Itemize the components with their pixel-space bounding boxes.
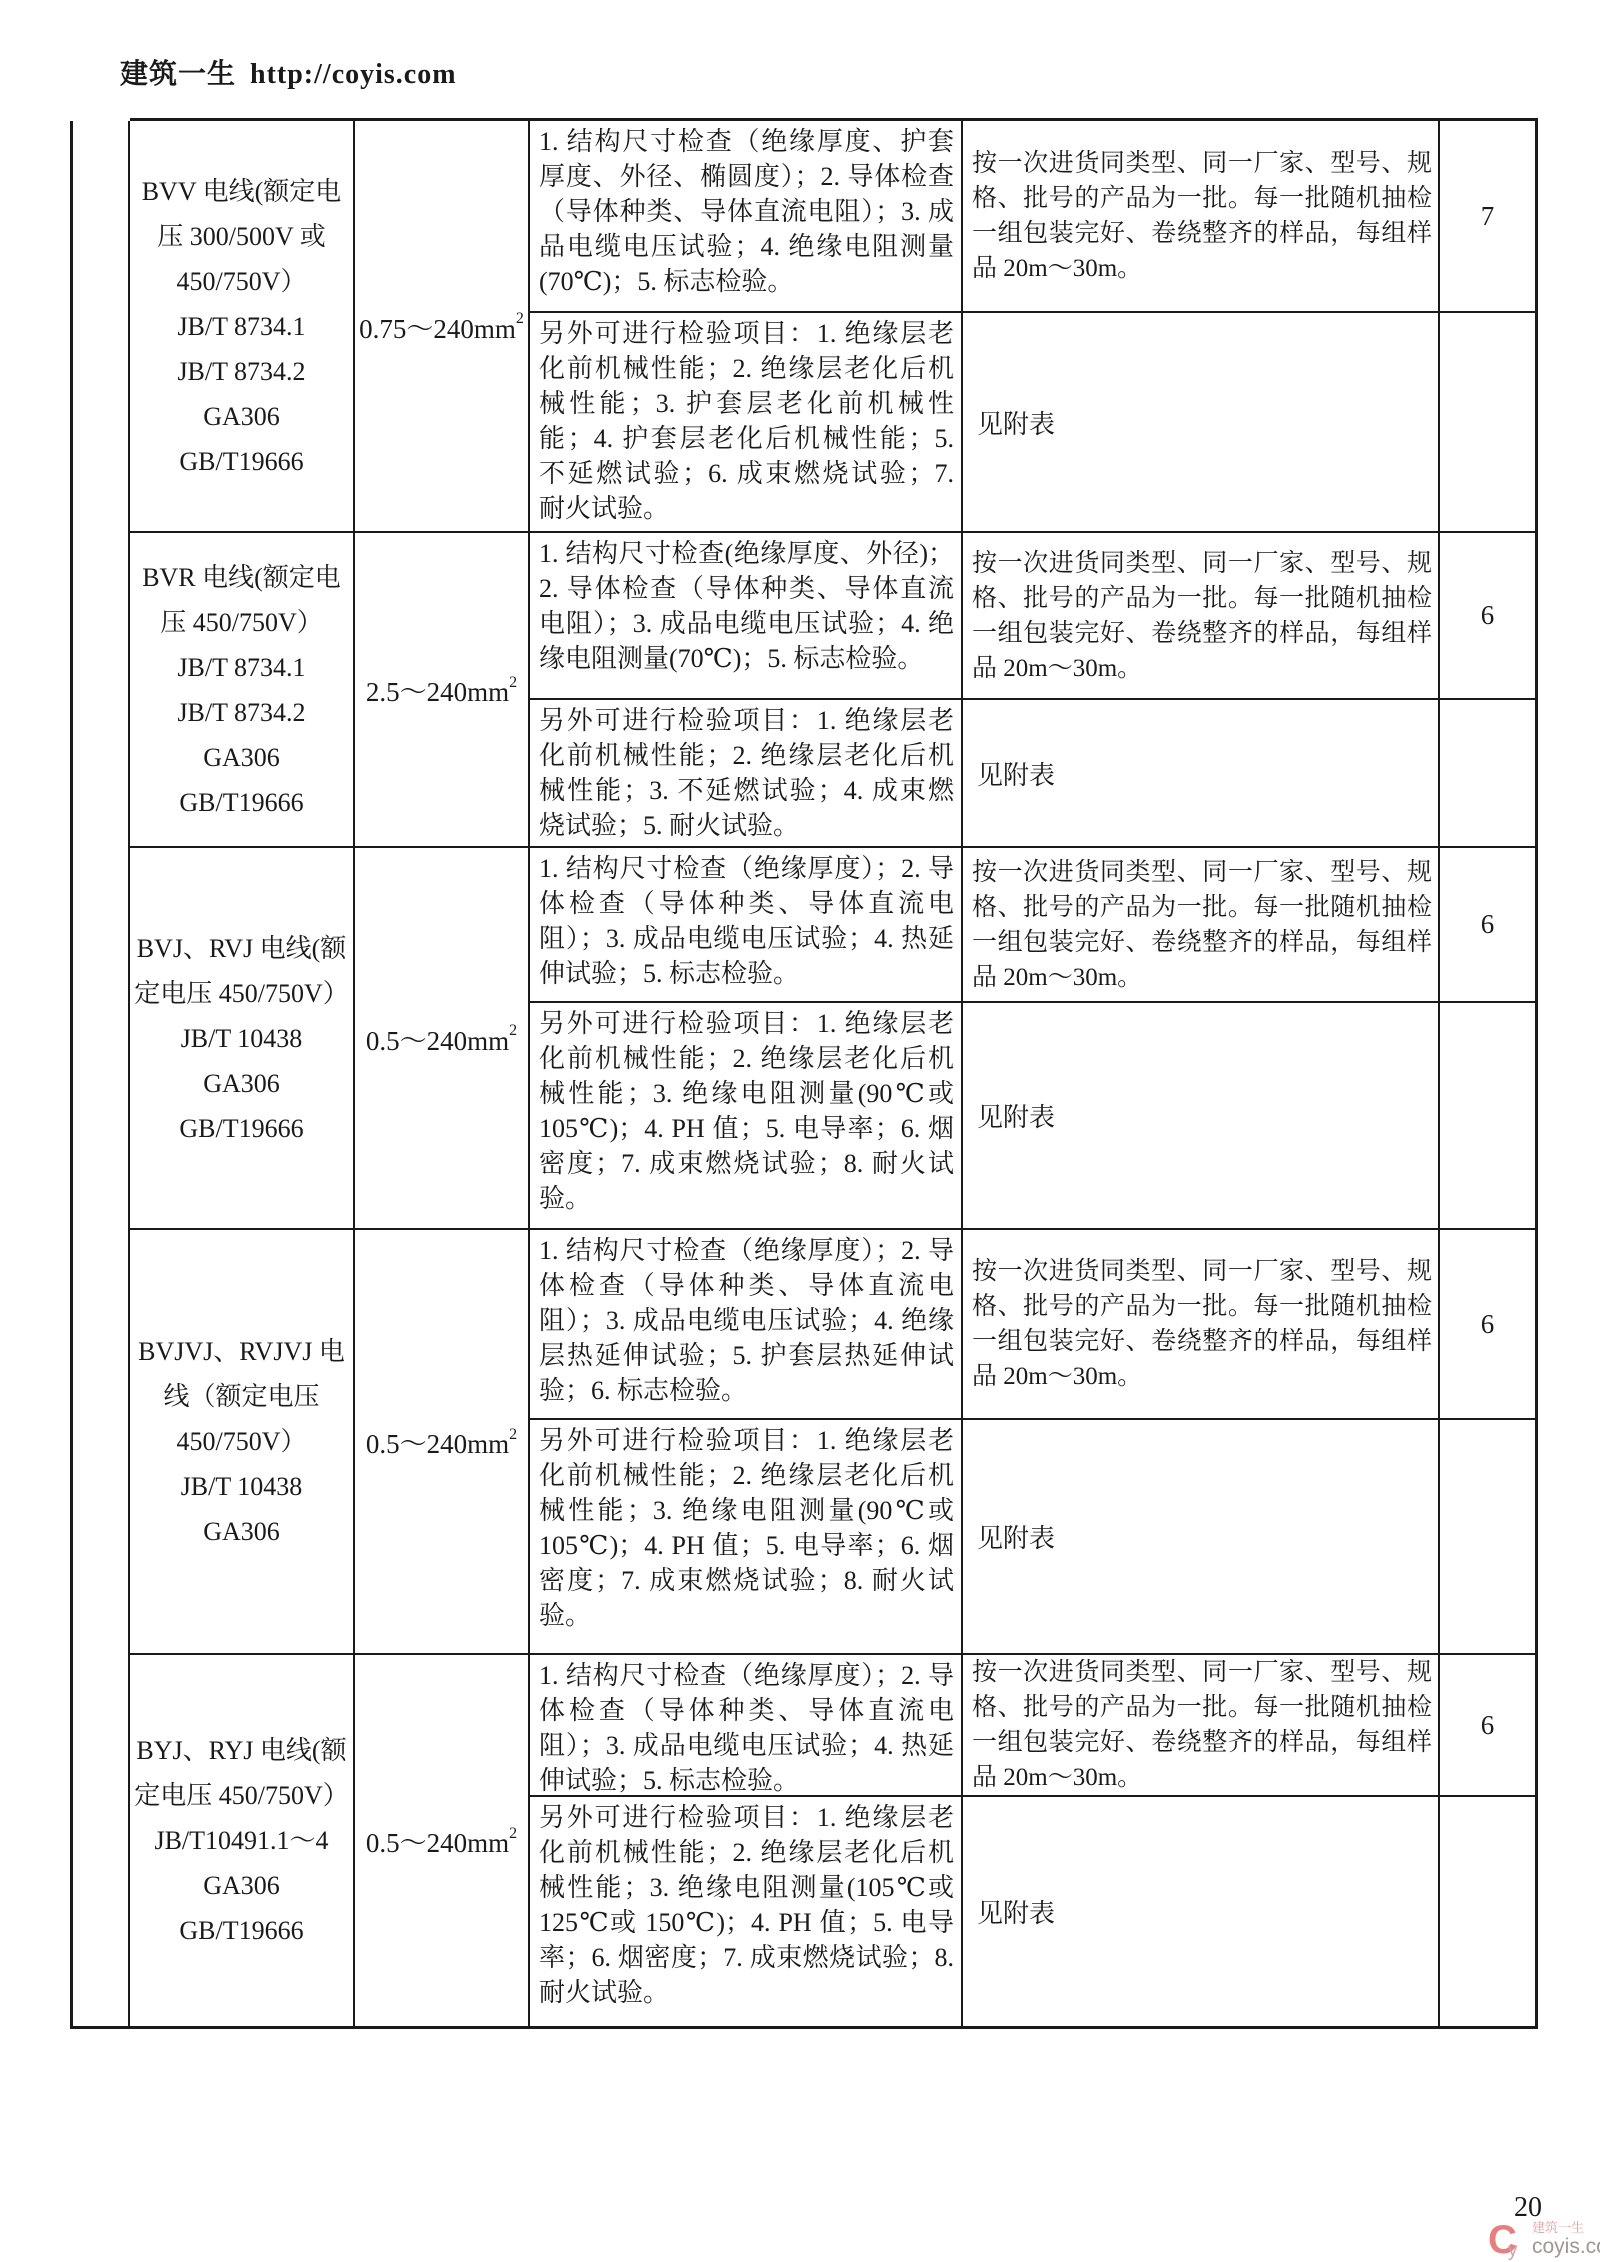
- appendix-ref-cell: 见附表: [963, 1420, 1438, 1653]
- appendix-ref-cell: 见附表: [963, 1797, 1438, 2026]
- sampling-rule-cell: 按一次进货同类型、同一厂家、型号、规格、批号的产品为一批。每一批随机抽检一组包装…: [963, 1230, 1438, 1418]
- required-tests-cell: 1. 结构尺寸检查（绝缘厚度）；2. 导体检查（导体种类、导体直流电阻）；3. …: [530, 1230, 961, 1418]
- table-top-gap: [70, 118, 130, 121]
- appendix-ref-cell: 见附表: [963, 313, 1438, 531]
- standard-ref: GB/T19666: [179, 439, 303, 484]
- required-tests-cell: 1. 结构尺寸检查（绝缘厚度）；2. 导体检查（导体种类、导体直流电阻）；3. …: [530, 848, 961, 1001]
- standard-ref: JB/T10491.1～4: [154, 1818, 328, 1863]
- spec-range-cell: 0.5～240mm2: [355, 848, 528, 1228]
- sampling-rule: 按一次进货同类型、同一厂家、型号、规格、批号的产品为一批。每一批随机抽检一组包装…: [972, 546, 1432, 686]
- standard-ref: GB/T19666: [179, 1106, 303, 1151]
- additional-tests-cell: 另外可进行检验项目：1. 绝缘层老化前机械性能；2. 绝缘层老化后机械性能；3.…: [530, 313, 961, 531]
- additional-tests-cell: 另外可进行检验项目：1. 绝缘层老化前机械性能；2. 绝缘层老化后机械性能；3.…: [530, 1420, 961, 1653]
- standard-ref: GA306: [203, 1863, 280, 1908]
- sampling-rule: 按一次进货同类型、同一厂家、型号、规格、批号的产品为一批。每一批随机抽检一组包装…: [972, 1254, 1432, 1394]
- header-brand: 建筑一生: [120, 59, 236, 90]
- sample-count-cell: 6: [1440, 1230, 1535, 1418]
- standard-ref: GA306: [203, 1509, 280, 1554]
- standard-ref: GB/T19666: [179, 1908, 303, 1953]
- sampling-rule: 按一次进货同类型、同一厂家、型号、规格、批号的产品为一批。每一批随机抽检一组包装…: [972, 855, 1432, 995]
- sample-count-cell: 7: [1440, 121, 1535, 311]
- page-header: 建筑一生http://coyis.com: [120, 52, 457, 92]
- standard-ref: JB/T 8734.2: [177, 690, 305, 735]
- sampling-rule-cell: 按一次进货同类型、同一厂家、型号、规格、批号的产品为一批。每一批随机抽检一组包装…: [963, 1655, 1438, 1795]
- additional-tests-cell: 另外可进行检验项目：1. 绝缘层老化前机械性能；2. 绝缘层老化后机械性能；3.…: [530, 1797, 961, 2026]
- appendix-ref-cell: 见附表: [963, 1003, 1438, 1228]
- standard-ref: JB/T 8734.1: [177, 304, 305, 349]
- standard-ref: GA306: [203, 394, 280, 439]
- watermark: C y 建筑一生 coyis.com: [1488, 2220, 1600, 2262]
- sampling-rule: 按一次进货同类型、同一厂家、型号、规格、批号的产品为一批。每一批随机抽检一组包装…: [972, 146, 1432, 286]
- standard-ref: GB/T19666: [179, 780, 303, 825]
- standard-ref: JB/T 10438: [181, 1464, 303, 1509]
- coyis-logo-icon: C y: [1488, 2220, 1528, 2262]
- sampling-rule-cell: 按一次进货同类型、同一厂家、型号、规格、批号的产品为一批。每一批随机抽检一组包装…: [963, 848, 1438, 1001]
- empty-cell: [1440, 1420, 1535, 1653]
- left-margin-cell: [73, 121, 128, 2026]
- wire-name: BVV 电线(额定电压 300/500V 或 450/750V）: [134, 169, 349, 304]
- spec-range: 0.75～240mm: [359, 307, 516, 346]
- wire-name-cell: BVJVJ、RVJVJ 电线（额定电压 450/750V） JB/T 10438…: [130, 1230, 353, 1653]
- header-url: http://coyis.com: [250, 59, 457, 90]
- standard-ref: GA306: [203, 735, 280, 780]
- empty-cell: [1440, 700, 1535, 846]
- standard-ref: JB/T 10438: [181, 1016, 303, 1061]
- wire-name-cell: BVR 电线(额定电压 450/750V） JB/T 8734.1 JB/T 8…: [130, 533, 353, 846]
- spec-range: 0.5～240mm: [366, 1821, 509, 1860]
- wire-name: BVJVJ、RVJVJ 电线（额定电压 450/750V）: [134, 1329, 349, 1464]
- watermark-site: coyis.com: [1532, 2235, 1600, 2259]
- wire-name: BYJ、RYJ 电线(额定电压 450/750V）: [134, 1728, 349, 1818]
- sampling-rule-cell: 按一次进货同类型、同一厂家、型号、规格、批号的产品为一批。每一批随机抽检一组包装…: [963, 121, 1438, 311]
- standard-ref: JB/T 8734.2: [177, 349, 305, 394]
- wire-name-cell: BVJ、RVJ 电线(额定电压 450/750V） JB/T 10438 GA3…: [130, 848, 353, 1228]
- wire-name-cell: BVV 电线(额定电压 300/500V 或 450/750V） JB/T 87…: [130, 121, 353, 531]
- spec-range-cell: 0.5～240mm2: [355, 1230, 528, 1653]
- spec-range-cell: 0.75～240mm2: [355, 121, 528, 531]
- empty-cell: [1440, 1797, 1535, 2026]
- required-tests-cell: 1. 结构尺寸检查（绝缘厚度、护套厚度、外径、椭圆度）；2. 导体检查（导体种类…: [530, 121, 961, 311]
- sampling-rule-cell: 按一次进货同类型、同一厂家、型号、规格、批号的产品为一批。每一批随机抽检一组包装…: [963, 533, 1438, 698]
- spec-range: 0.5～240mm: [366, 1019, 509, 1058]
- wire-name: BVR 电线(额定电压 450/750V）: [134, 555, 349, 645]
- sample-count-cell: 6: [1440, 848, 1535, 1001]
- required-tests-cell: 1. 结构尺寸检查(绝缘厚度、外径)；2. 导体检查（导体种类、导体直流电阻）；…: [530, 533, 961, 698]
- standard-ref: GA306: [203, 1061, 280, 1106]
- sampling-rule: 按一次进货同类型、同一厂家、型号、规格、批号的产品为一批。每一批随机抽检一组包装…: [972, 1655, 1432, 1795]
- inspection-table: BVV 电线(额定电压 300/500V 或 450/750V） JB/T 87…: [70, 118, 1538, 2029]
- spec-range: 0.5～240mm: [366, 1422, 509, 1461]
- spec-range: 2.5～240mm: [366, 670, 509, 709]
- wire-name: BVJ、RVJ 电线(额定电压 450/750V）: [134, 926, 349, 1016]
- appendix-ref-cell: 见附表: [963, 700, 1438, 846]
- spec-range-cell: 2.5～240mm2: [355, 533, 528, 846]
- document-page: { "page": { "header_brand": "建筑一生", "hea…: [0, 0, 1600, 2262]
- watermark-brand: 建筑一生: [1532, 2220, 1600, 2235]
- watermark-text: 建筑一生 coyis.com: [1532, 2220, 1600, 2259]
- sample-count-cell: 6: [1440, 1655, 1535, 1795]
- additional-tests-cell: 另外可进行检验项目：1. 绝缘层老化前机械性能；2. 绝缘层老化后机械性能；3.…: [530, 1003, 961, 1228]
- additional-tests-cell: 另外可进行检验项目：1. 绝缘层老化前机械性能；2. 绝缘层老化后机械性能；3.…: [530, 700, 961, 846]
- standard-ref: JB/T 8734.1: [177, 645, 305, 690]
- sample-count-cell: 6: [1440, 533, 1535, 698]
- empty-cell: [1440, 313, 1535, 531]
- wire-name-cell: BYJ、RYJ 电线(额定电压 450/750V） JB/T10491.1～4 …: [130, 1655, 353, 2026]
- spec-range-cell: 0.5～240mm2: [355, 1655, 528, 2026]
- empty-cell: [1440, 1003, 1535, 1228]
- required-tests-cell: 1. 结构尺寸检查（绝缘厚度）；2. 导体检查（导体种类、导体直流电阻）；3. …: [530, 1655, 961, 1795]
